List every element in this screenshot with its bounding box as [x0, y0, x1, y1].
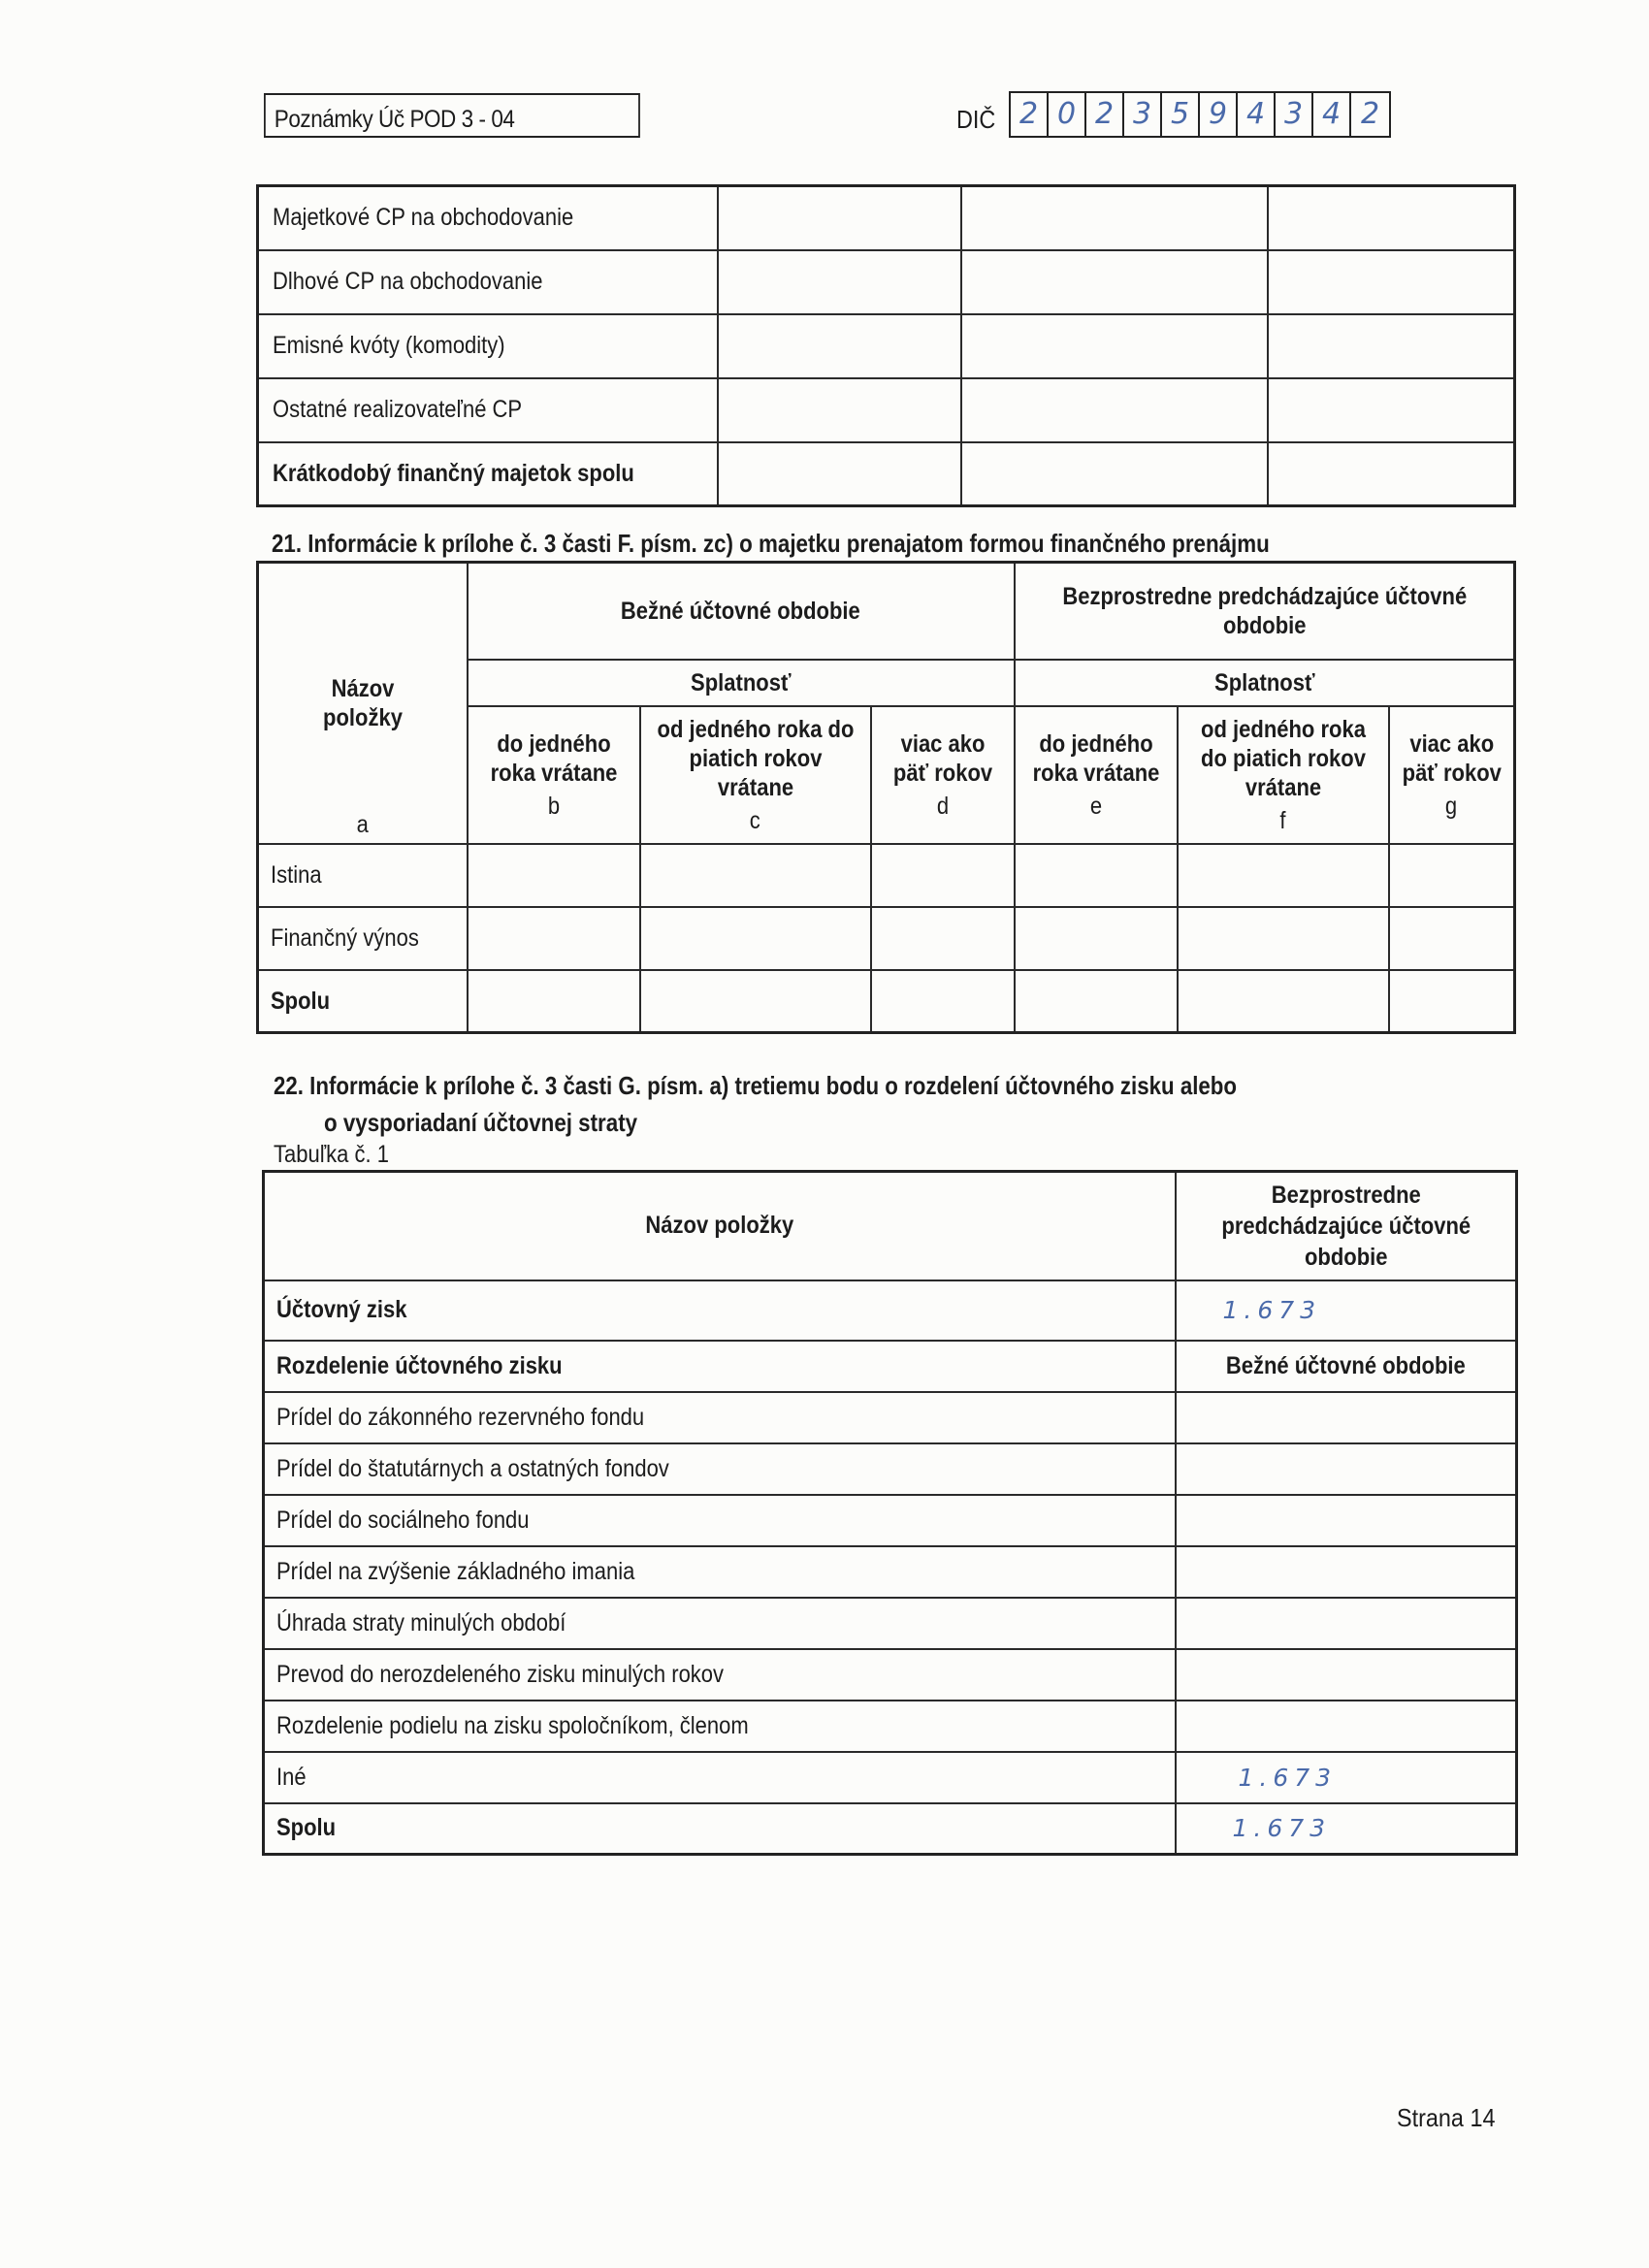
value-cell[interactable]: [1389, 907, 1515, 970]
value-cell[interactable]: [1178, 844, 1389, 907]
value-cell[interactable]: [871, 907, 1015, 970]
value-cell[interactable]: [1178, 970, 1389, 1033]
value-cell[interactable]: [961, 186, 1268, 250]
row-label: Ostatné realizovateľné CP: [258, 378, 718, 442]
value-cell[interactable]: [468, 844, 640, 907]
value-cell[interactable]: [961, 442, 1268, 506]
value-cell[interactable]: [871, 970, 1015, 1033]
value-cell[interactable]: [640, 907, 871, 970]
value-cell[interactable]: [1178, 907, 1389, 970]
value-cell[interactable]: [871, 844, 1015, 907]
value-cell[interactable]: [1268, 378, 1515, 442]
dic-digit[interactable]: 2: [1011, 93, 1049, 136]
current-period-header: Bežné účtovné obdobie: [468, 563, 1015, 660]
value-cell[interactable]: [1176, 1701, 1517, 1752]
table-row: Úhrada straty minulých období: [264, 1598, 1517, 1649]
value-cell[interactable]: [640, 844, 871, 907]
dic-field[interactable]: 2 0 2 3 5 9 4 3 4 2: [1009, 91, 1391, 138]
dic-digit[interactable]: 4: [1238, 93, 1276, 136]
column-header: od jedného roka do piatich rokov vrátane…: [1178, 706, 1389, 844]
finance-lease-table: Názov položky a Bežné účtovné obdobie Be…: [256, 561, 1516, 1034]
table-row: Emisné kvóty (komodity): [258, 314, 1515, 378]
dic-digit[interactable]: 9: [1200, 93, 1238, 136]
column-header: do jedného roka vrátanee: [1015, 706, 1178, 844]
table-label: Tabuľka č. 1: [274, 1141, 389, 1169]
column-letter: a: [272, 810, 454, 839]
row-label: Finančný výnos: [258, 907, 468, 970]
dic-digit[interactable]: 3: [1276, 93, 1313, 136]
section-22-title: 22. Informácie k prílohe č. 3 časti G. p…: [274, 1071, 1237, 1101]
value-cell[interactable]: [1268, 186, 1515, 250]
total-value[interactable]: 1.673: [1176, 1803, 1517, 1855]
value-cell[interactable]: [1176, 1649, 1517, 1701]
dic-digit[interactable]: 2: [1351, 93, 1389, 136]
value-cell[interactable]: [718, 314, 961, 378]
value-cell[interactable]: [468, 907, 640, 970]
value-cell[interactable]: [1268, 442, 1515, 506]
form-code-box: Poznámky Úč POD 3 - 04: [264, 93, 640, 138]
column-header: do jedného roka vrátaneb: [468, 706, 640, 844]
row-label: Prídel na zvýšenie základného imania: [264, 1546, 1176, 1598]
row-label: Prevod do nerozdeleného zisku minulých r…: [264, 1649, 1176, 1701]
value-cell[interactable]: [1389, 970, 1515, 1033]
column-header: viac ako päť rokovd: [871, 706, 1015, 844]
value-cell[interactable]: 1.673: [1176, 1752, 1517, 1803]
table-row-total: Spolu 1.673: [264, 1803, 1517, 1855]
dic-digit[interactable]: 0: [1049, 93, 1086, 136]
row-label: Dlhové CP na obchodovanie: [258, 250, 718, 314]
table-row: Prídel do zákonného rezervného fondu: [264, 1392, 1517, 1443]
value-cell[interactable]: [1176, 1546, 1517, 1598]
row-label: Emisné kvóty (komodity): [258, 314, 718, 378]
value-cell[interactable]: [1389, 844, 1515, 907]
value-cell[interactable]: [1176, 1443, 1517, 1495]
maturity-header: Splatnosť: [1015, 660, 1515, 706]
value-cell[interactable]: [640, 970, 871, 1033]
table-row: Prídel do sociálneho fondu: [264, 1495, 1517, 1546]
value-cell[interactable]: [1176, 1392, 1517, 1443]
value-cell[interactable]: [1268, 250, 1515, 314]
table-row-total: Krátkodobý finančný majetok spolu: [258, 442, 1515, 506]
row-label: Účtovný zisk: [264, 1280, 1176, 1341]
table-row: Prídel do štatutárnych a ostatných fondo…: [264, 1443, 1517, 1495]
value-cell[interactable]: [961, 250, 1268, 314]
section-21-title: 21. Informácie k prílohe č. 3 časti F. p…: [272, 529, 1270, 559]
table-row: Finančný výnos: [258, 907, 1515, 970]
table-row: Ostatné realizovateľné CP: [258, 378, 1515, 442]
table-row: Prevod do nerozdeleného zisku minulých r…: [264, 1649, 1517, 1701]
distribution-header-row: Rozdelenie účtovného zisku Bežné účtovné…: [264, 1341, 1517, 1392]
value-cell[interactable]: [1015, 844, 1178, 907]
row-label: Krátkodobý finančný majetok spolu: [258, 442, 718, 506]
current-period-header: Bežné účtovné obdobie: [1176, 1341, 1517, 1392]
previous-period-header: Bezprostredne predchádzajúce účtovné obd…: [1176, 1172, 1517, 1280]
table-row: Istina: [258, 844, 1515, 907]
row-label: Spolu: [258, 970, 468, 1033]
row-label: Istina: [258, 844, 468, 907]
row-label: Iné: [264, 1752, 1176, 1803]
column-header: od jedného roka do piatich rokov vrátane…: [640, 706, 871, 844]
row-label: Prídel do sociálneho fondu: [264, 1495, 1176, 1546]
item-name-header: Názov položky: [264, 1172, 1176, 1280]
row-label: Spolu: [264, 1803, 1176, 1855]
dic-digit[interactable]: 4: [1313, 93, 1351, 136]
form-code: Poznámky Úč POD 3 - 04: [275, 106, 515, 133]
value-cell[interactable]: [718, 186, 961, 250]
dic-digit[interactable]: 5: [1162, 93, 1200, 136]
table-row-total: Spolu: [258, 970, 1515, 1033]
value-cell[interactable]: [961, 314, 1268, 378]
row-label: Úhrada straty minulých období: [264, 1598, 1176, 1649]
row-label: Majetkové CP na obchodovanie: [258, 186, 718, 250]
item-name-header: Názov položky a: [258, 563, 468, 844]
column-header: viac ako päť rokovg: [1389, 706, 1515, 844]
page-number: Strana 14: [1397, 2103, 1495, 2133]
table-row: Prídel na zvýšenie základného imania: [264, 1546, 1517, 1598]
short-term-financial-assets-table: Majetkové CP na obchodovanie Dlhové CP n…: [256, 184, 1516, 507]
value-cell[interactable]: [1176, 1598, 1517, 1649]
table-row: Iné 1.673: [264, 1752, 1517, 1803]
section-22-title-cont: o vysporiadaní účtovnej straty: [324, 1108, 637, 1138]
maturity-header: Splatnosť: [468, 660, 1015, 706]
row-label: Rozdelenie účtovného zisku: [264, 1341, 1176, 1392]
dic-label: DIČ: [956, 105, 995, 135]
dic-digit[interactable]: 2: [1086, 93, 1124, 136]
value-cell[interactable]: [718, 442, 961, 506]
value-cell[interactable]: [718, 250, 961, 314]
row-label: Prídel do zákonného rezervného fondu: [264, 1392, 1176, 1443]
value-cell[interactable]: [1015, 970, 1178, 1033]
dic-digit[interactable]: 3: [1124, 93, 1162, 136]
row-label: Rozdelenie podielu na zisku spoločníkom,…: [264, 1701, 1176, 1752]
value-cell[interactable]: [718, 378, 961, 442]
profit-value[interactable]: 1.673: [1176, 1280, 1517, 1341]
value-cell[interactable]: [1176, 1495, 1517, 1546]
profit-distribution-table: Názov položky Bezprostredne predchádzajú…: [262, 1170, 1518, 1856]
value-cell[interactable]: [468, 970, 640, 1033]
table-row: Rozdelenie podielu na zisku spoločníkom,…: [264, 1701, 1517, 1752]
table-row: Majetkové CP na obchodovanie: [258, 186, 1515, 250]
profit-row: Účtovný zisk 1.673: [264, 1280, 1517, 1341]
value-cell[interactable]: [1268, 314, 1515, 378]
row-label: Prídel do štatutárnych a ostatných fondo…: [264, 1443, 1176, 1495]
value-cell[interactable]: [1015, 907, 1178, 970]
table-row: Dlhové CP na obchodovanie: [258, 250, 1515, 314]
previous-period-header: Bezprostredne predchádzajúce účtovné obd…: [1015, 563, 1515, 660]
value-cell[interactable]: [961, 378, 1268, 442]
